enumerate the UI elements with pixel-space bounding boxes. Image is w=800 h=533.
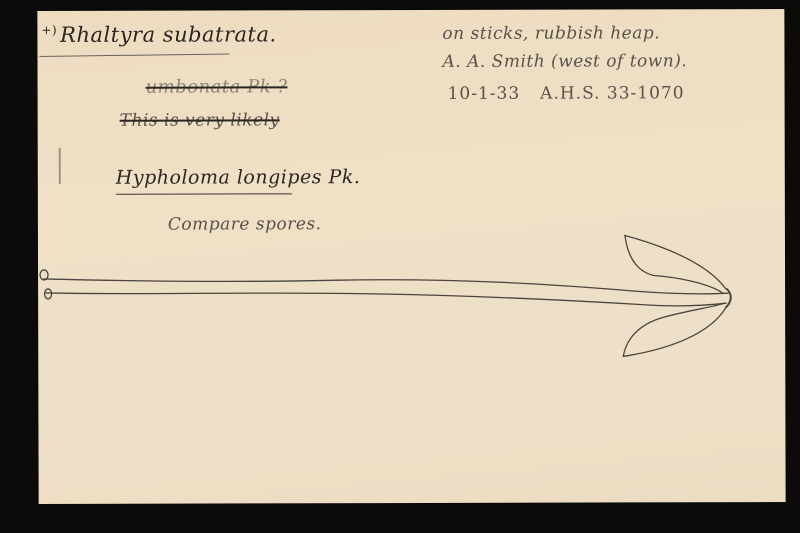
herbarium-card: +)Rhaltyra subatrata. umbonata Pk ? This… [37, 9, 785, 504]
mushroom-sketch-icon [37, 9, 785, 504]
